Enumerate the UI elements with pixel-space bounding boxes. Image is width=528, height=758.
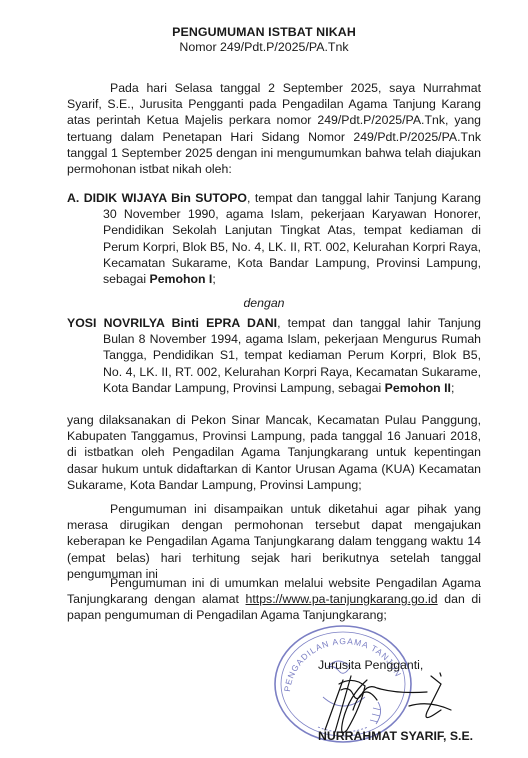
marriage-paragraph: yang dilaksanakan di Pekon Sinar Mancak,… — [67, 412, 481, 493]
signer-name: NURRAHMAT SYARIF, S.E. — [318, 729, 473, 743]
applicant-1-prefix: A. — [67, 191, 84, 205]
applicant-1-name: DIDIK WIJAYA Bin SUTOPO — [84, 191, 247, 205]
applicant-1-suffix: ; — [212, 272, 215, 286]
applicant-2-role: Pemohon II — [385, 381, 451, 395]
objection-paragraph: Pengumuman ini disampaikan untuk diketah… — [67, 501, 481, 582]
website-link[interactable]: https://www.pa-tanjungkarang.go.id — [246, 592, 438, 606]
connector-text: dengan — [0, 296, 528, 310]
document-number: Nomor 249/Pdt.P/2025/PA.Tnk — [0, 40, 528, 54]
applicant-2-name: YOSI NOVRILYA Binti EPRA DANI — [67, 316, 277, 330]
applicant-2: YOSI NOVRILYA Binti EPRA DANI, tempat da… — [67, 315, 481, 396]
opening-paragraph: Pada hari Selasa tanggal 2 September 202… — [67, 80, 481, 177]
applicant-1: A. DIDIK WIJAYA Bin SUTOPO, tempat dan t… — [67, 190, 481, 287]
applicant-1-role: Pemohon I — [150, 272, 213, 286]
applicant-2-suffix: ; — [451, 381, 454, 395]
handwritten-signature-icon — [313, 670, 478, 735]
signature-block: PENGADILAN AGAMA TANJUNG KARANG Jurusita… — [318, 630, 518, 750]
publication-paragraph: Pengumuman ini di umumkan melalui websit… — [67, 575, 481, 624]
document-title: PENGUMUMAN ISTBAT NIKAH — [0, 25, 528, 39]
